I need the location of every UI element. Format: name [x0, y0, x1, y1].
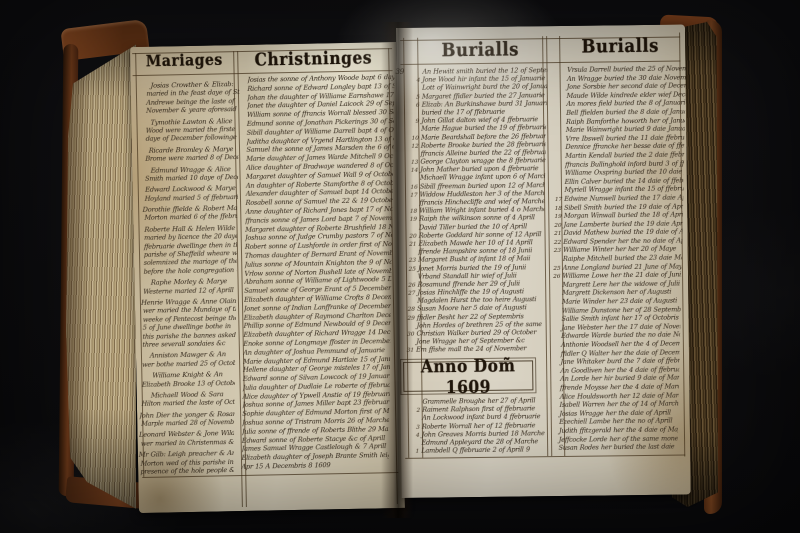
register-entry-line: wer bothe maried 25 of October [140, 359, 235, 369]
entry-day-number: 17 [552, 196, 562, 204]
camera-glare-highlight [290, 0, 610, 170]
register-entry-line: presence of the hole people &c [138, 466, 233, 476]
register-entry-line: daye of December followinge [144, 133, 239, 143]
photograph-of-open-register-book: Mariages Christninges Josias Crowther & … [0, 0, 800, 533]
entry-text: Em ffishe mall the 24 of November [416, 345, 526, 355]
entry-day-number: 22 [551, 239, 561, 247]
register-entry-line: Elizabeth Brooke 13 of October [140, 379, 235, 389]
burials-entry-list-1-after-banner: Grammelle Broughe her 27 of Aprill 2 Rai… [409, 396, 547, 456]
marriages-entry-list: Josias Crowther & Elizab:maried in the f… [138, 77, 239, 479]
register-entry-line: Susan Rodes her buried the last daie [547, 443, 678, 453]
register-entry-line: three severall sondaies &c [140, 339, 235, 349]
entry-day-number: 19 [552, 213, 562, 221]
left-page-fore-edge-stack [66, 30, 136, 516]
register-entry-line: 31 Em ffishe mall the 24 of November [404, 345, 541, 355]
entry-day-number: 20 [552, 222, 562, 230]
entry-day-number: 26 [550, 273, 560, 281]
entry-day-number: 21 [551, 230, 561, 238]
register-entry-line: Hilton maried the laste of October [139, 398, 234, 408]
register-entry-line: Smith maried 10 daye of December [143, 173, 238, 183]
register-entry-line: 1 Lambdell Q ffebruarie 2 of Aprill 9 [409, 445, 546, 455]
register-entry-line: Apr 15 A Decembris 8 1609 [241, 460, 388, 472]
register-entry-line: Marple maried 28 of November [139, 418, 234, 428]
entry-text: Susan Rodes her buried the last daie [559, 443, 675, 453]
register-entry-line: Morton maried 6 of the ffebruarie [142, 213, 237, 223]
register-entry-line: before the hole congregation &c [142, 266, 237, 276]
entry-day-number: 25 [551, 265, 561, 273]
entry-day-number: 23 [551, 247, 561, 255]
entry-text: Lambdell Q ffebruarie 2 of Aprill 9 [421, 446, 530, 456]
year-banner: Anno Dom̃ 1609 [404, 354, 533, 398]
marriages-column-header: Mariages [134, 51, 234, 71]
entry-day-number: 18 [552, 204, 562, 212]
register-entry-line: Westerne maried 12 of Aprill [141, 286, 236, 296]
register-entry-line: Hoyland maried 5 of ffebruarie [143, 193, 238, 203]
register-entry-line: Brome were maried 8 of December [143, 153, 238, 163]
register-entry-line: November & yeare aforesaid [144, 105, 239, 115]
year-banner-box: Anno Dom̃ 1609 [403, 360, 533, 392]
register-entry-line: wer maried in Christenmas &c [139, 438, 234, 448]
